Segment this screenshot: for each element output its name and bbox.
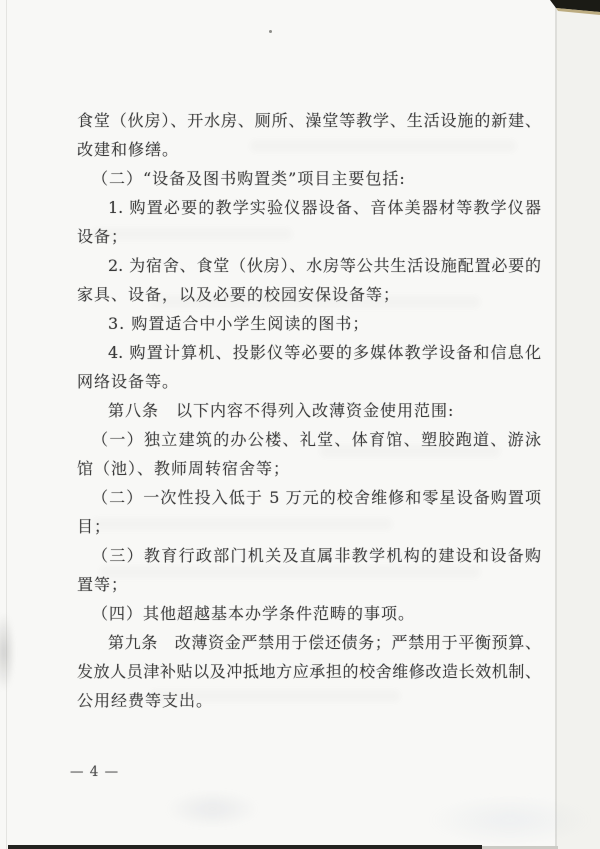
right-page-edge-shadow <box>555 0 600 849</box>
text-line: 目； <box>77 512 541 541</box>
scanner-corner-artifact <box>548 0 600 18</box>
text-line: 置等； <box>77 570 541 599</box>
text-line: （二）“设备及图书购置类”项目主要包括: <box>77 164 541 193</box>
bottom-scan-bar <box>8 845 482 849</box>
document-body: 食堂（伙房）、开水房、厕所、澡堂等教学、生活设施的新建、改建和修缮。（二）“设备… <box>77 106 541 715</box>
text-line: 1. 购置必要的教学实验仪器设备、音体美器材等教学仪器 <box>77 193 541 222</box>
left-page-edge-line <box>6 0 7 849</box>
text-line: 公用经费等支出。 <box>77 686 541 715</box>
text-line: （三）教育行政部门机关及直属非教学机构的建设和设备购 <box>77 541 541 570</box>
bottom-right-smudge <box>430 795 590 845</box>
text-line: 馆（池）、教师周转宿舍等； <box>77 454 541 483</box>
text-line: 4. 购置计算机、投影仪等必要的多媒体教学设备和信息化 <box>77 338 541 367</box>
left-edge-smudge <box>0 612 15 692</box>
text-line: （一）独立建筑的办公楼、礼堂、体育馆、塑胶跑道、游泳 <box>77 425 541 454</box>
text-line: 发放人员津补贴以及冲抵地方应承担的校舍维修改造长效机制、 <box>77 657 541 686</box>
text-line: 网络设备等。 <box>77 367 541 396</box>
text-line: 食堂（伙房）、开水房、厕所、澡堂等教学、生活设施的新建、 <box>77 106 541 135</box>
text-line: 改建和修缮。 <box>77 135 541 164</box>
scanned-page: 食堂（伙房）、开水房、厕所、澡堂等教学、生活设施的新建、改建和修缮。（二）“设备… <box>0 0 600 849</box>
text-line: 家具、设备，以及必要的校园安保设备等； <box>77 280 541 309</box>
text-line: （四）其他超越基本办学条件范畴的事项。 <box>77 599 541 628</box>
ink-speck <box>269 30 272 33</box>
text-line: 设备； <box>77 222 541 251</box>
bottom-smudge <box>165 790 260 828</box>
text-line: 2. 为宿舍、食堂（伙房）、水房等公共生活设施配置必要的 <box>77 251 541 280</box>
text-line: 3. 购置适合中小学生阅读的图书； <box>77 309 541 338</box>
text-line: 第九条 改薄资金严禁用于偿还债务；严禁用于平衡预算、 <box>77 628 541 657</box>
page-number: — 4 — <box>70 764 119 780</box>
text-line: 第八条 以下内容不得列入改薄资金使用范围: <box>77 396 541 425</box>
text-line: （二）一次性投入低于 5 万元的校舍维修和零星设备购置项 <box>77 483 541 512</box>
